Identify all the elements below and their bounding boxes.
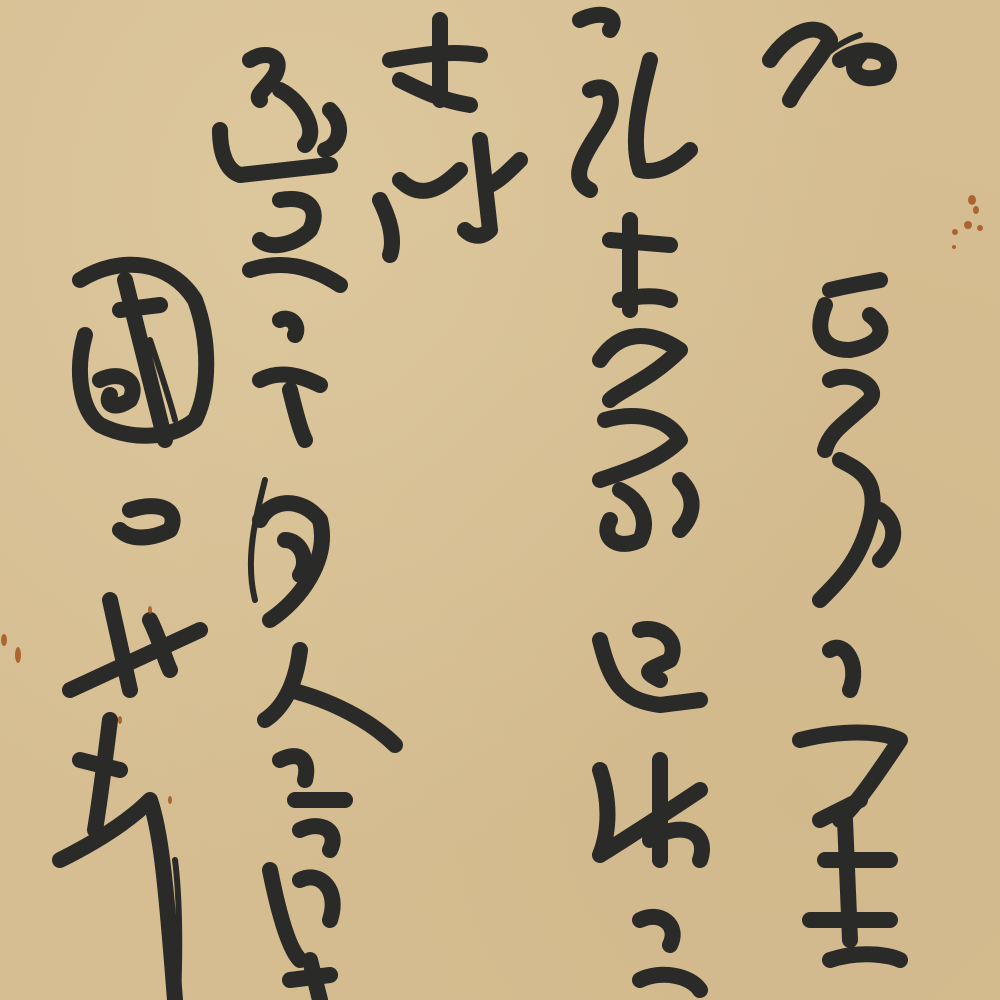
column-far-right: [770, 30, 900, 960]
column-center-left: [220, 55, 395, 1000]
column-center-right: [579, 15, 702, 990]
column-far-left: [60, 265, 206, 1000]
column-center: [380, 20, 520, 255]
calligraphy-strokes: [0, 0, 1000, 1000]
calligraphy-paper: Chinese cursive script (caoshu) calligra…: [0, 0, 1000, 1000]
